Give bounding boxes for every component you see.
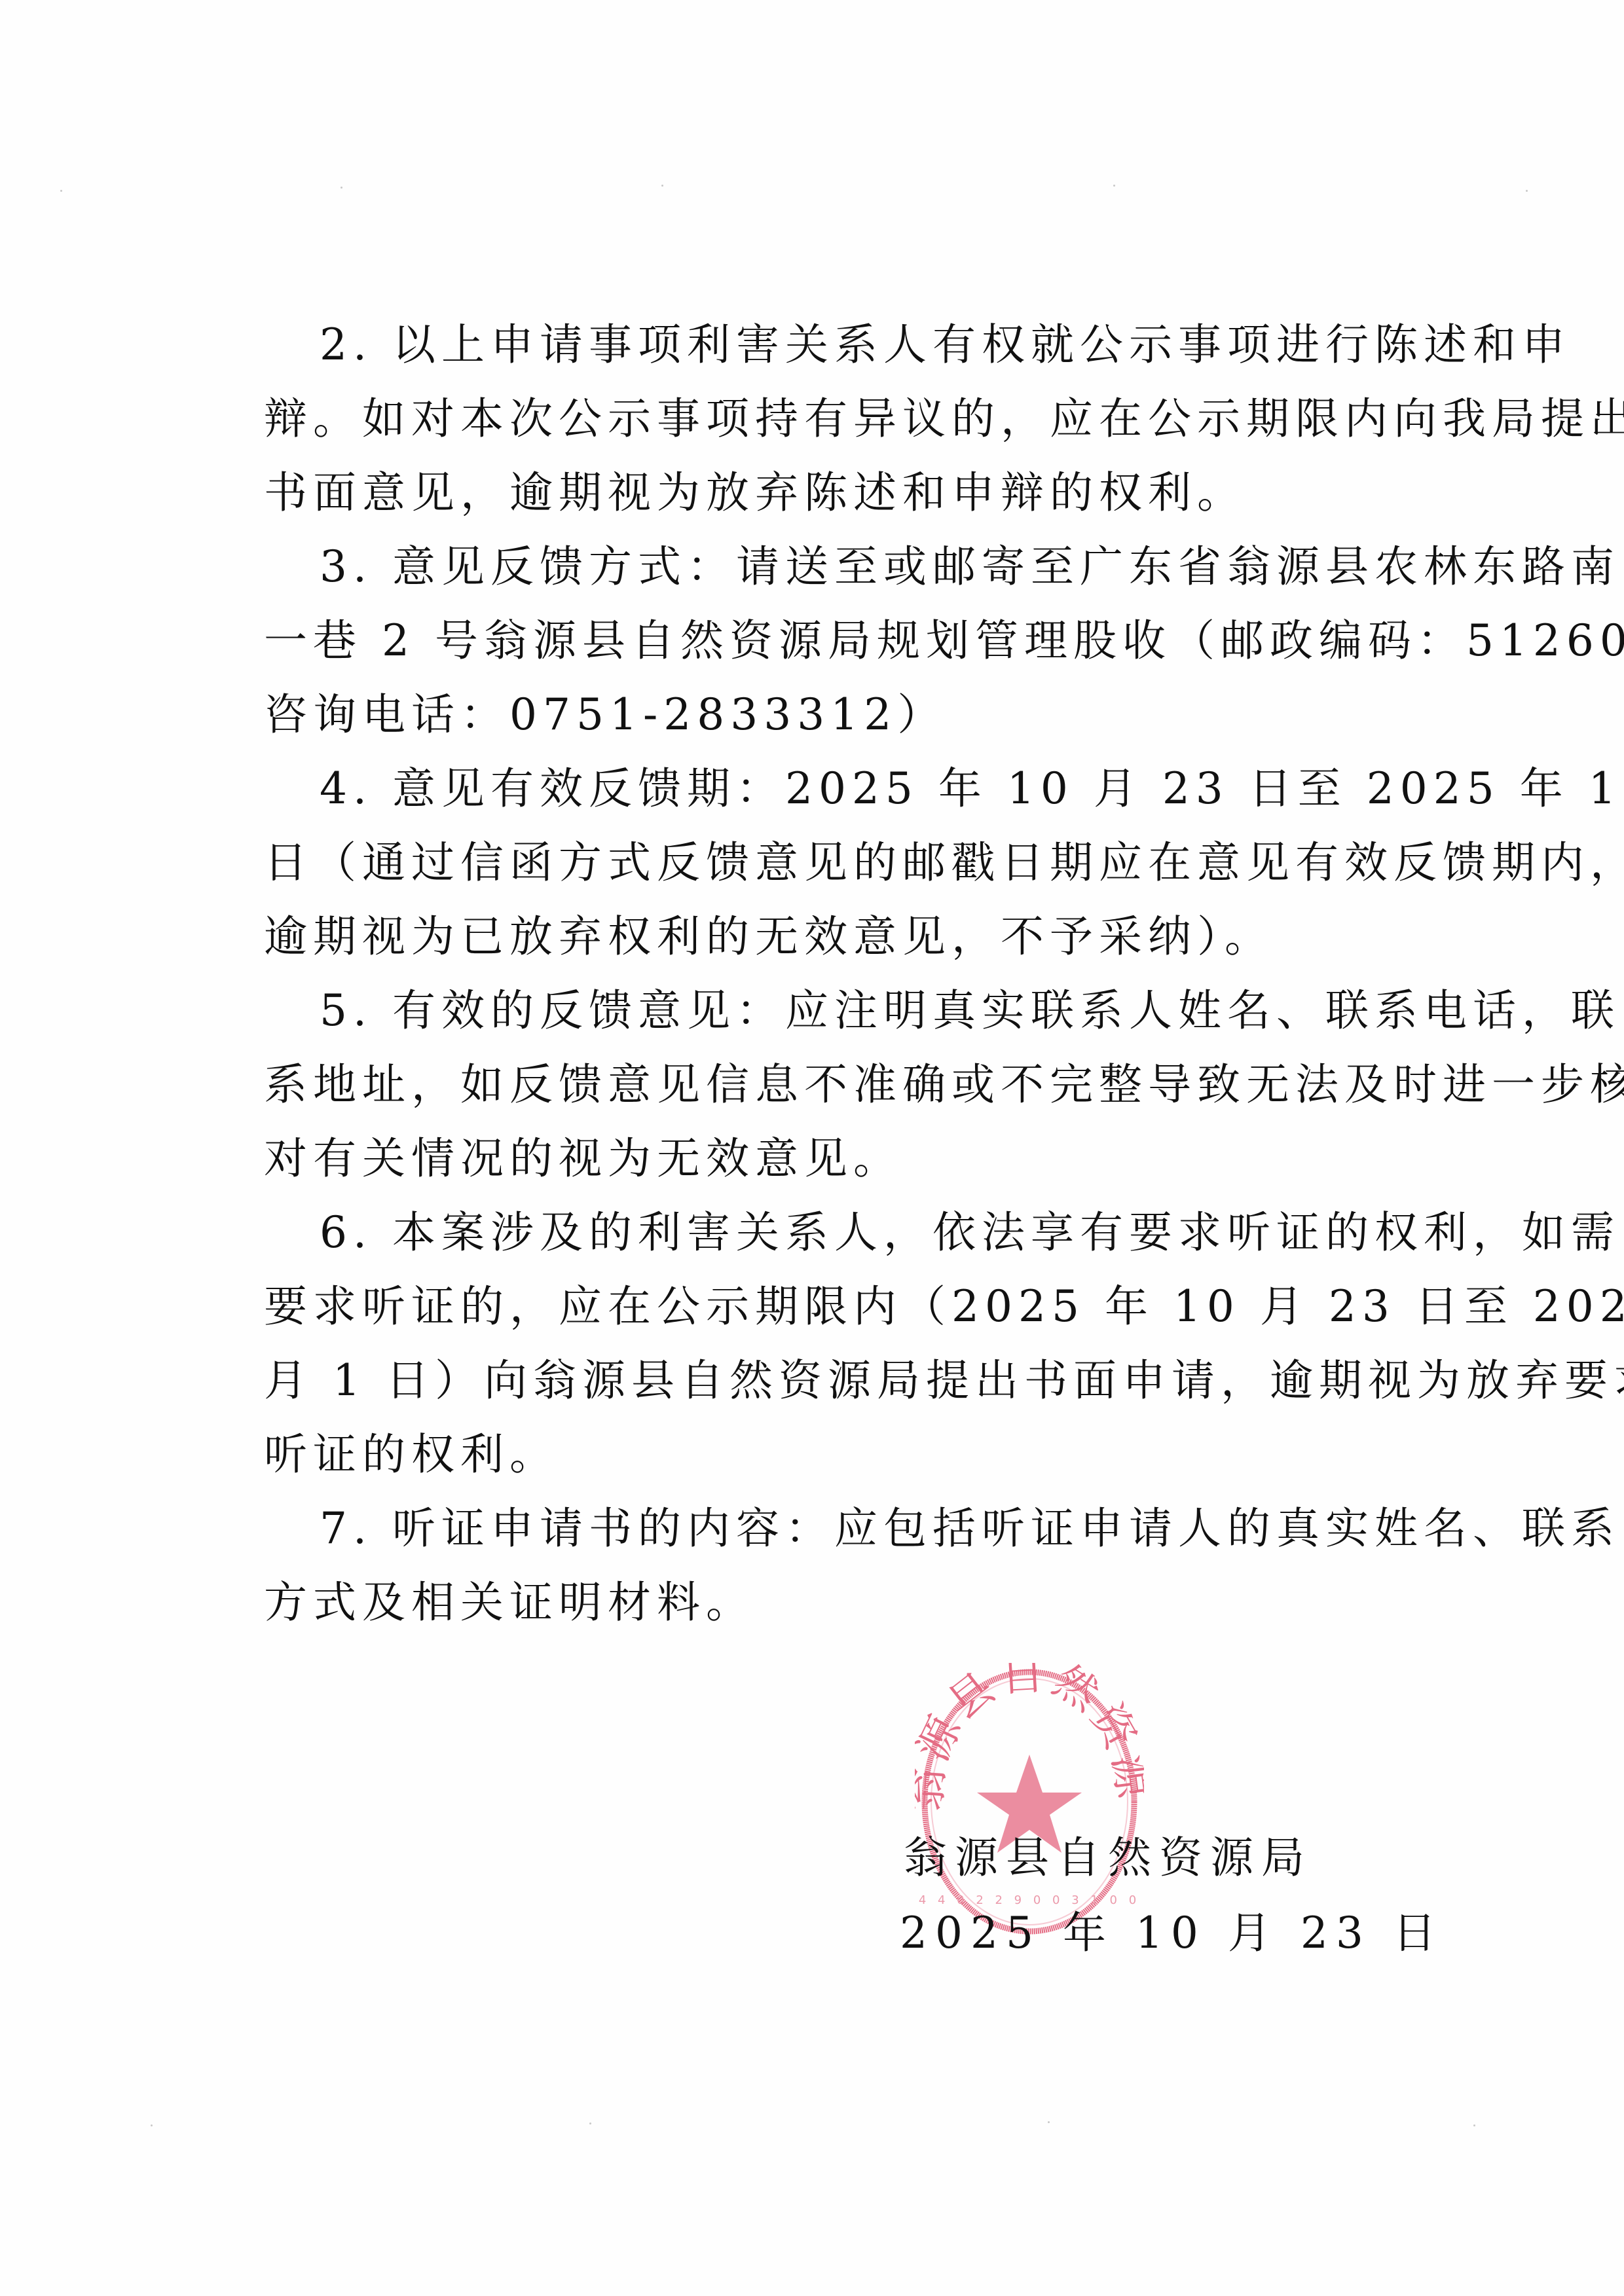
document-page: 2. 以上申请事项利害关系人有权就公示事项进行陈述和申 辩。如对本次公示事项持有… <box>0 0 1624 2296</box>
paragraph-line: 月 1 日）向翁源县自然资源局提出书面申请，逾期视为放弃要求 <box>264 1343 1449 1417</box>
issuer-name: 翁源县自然资源局 <box>904 1820 1310 1895</box>
paragraph-line: 咨询电话：0751-2833312） <box>264 678 1449 752</box>
paragraph-line: 书面意见，逾期视为放弃陈述和申辩的权利。 <box>264 456 1449 530</box>
signature-block: 翁源县自然资源局 2025 年 10 月 23 日 <box>904 1820 1310 1971</box>
issue-date: 2025 年 10 月 23 日 <box>900 1895 1310 1971</box>
paragraph-line: 对有关情况的视为无效意见。 <box>264 1121 1449 1195</box>
paragraph-line: 2. 以上申请事项利害关系人有权就公示事项进行陈述和申 <box>264 308 1449 382</box>
paragraph-line: 7. 听证申请书的内容：应包括听证申请人的真实姓名、联系 <box>264 1491 1449 1565</box>
paragraph-line: 听证的权利。 <box>264 1417 1449 1491</box>
paragraph-6: 6. 本案涉及的利害关系人，依法享有要求听证的权利，如需 要求听证的，应在公示期… <box>264 1195 1449 1491</box>
paragraph-4: 4. 意见有效反馈期：2025 年 10 月 23 日至 2025 年 11 月… <box>264 752 1449 974</box>
paragraph-line: 辩。如对本次公示事项持有异议的，应在公示期限内向我局提出 <box>264 382 1449 456</box>
paragraph-line: 一巷 2 号翁源县自然资源局规划管理股收（邮政编码：512600 ， <box>264 604 1449 678</box>
paragraph-line: 6. 本案涉及的利害关系人，依法享有要求听证的权利，如需 <box>264 1195 1449 1269</box>
scan-artifact <box>60 190 62 192</box>
paragraph-line: 系地址，如反馈意见信息不准确或不完整导致无法及时进一步核 <box>264 1048 1449 1121</box>
scan-artifact <box>1526 190 1528 192</box>
scan-artifact <box>1048 2121 1050 2123</box>
paragraph-3: 3. 意见反馈方式：请送至或邮寄至广东省翁源县农林东路南 一巷 2 号翁源县自然… <box>264 530 1449 752</box>
paragraph-line: 日（通过信函方式反馈意见的邮戳日期应在意见有效反馈期内， <box>264 826 1449 900</box>
scan-artifact <box>151 2124 153 2126</box>
scan-artifact <box>661 185 663 187</box>
paragraph-line: 4. 意见有效反馈期：2025 年 10 月 23 日至 2025 年 11 月… <box>264 752 1449 826</box>
paragraph-line: 5. 有效的反馈意见：应注明真实联系人姓名、联系电话，联 <box>264 974 1449 1048</box>
paragraph-7: 7. 听证申请书的内容：应包括听证申请人的真实姓名、联系 方式及相关证明材料。 <box>264 1491 1449 1639</box>
paragraph-2: 2. 以上申请事项利害关系人有权就公示事项进行陈述和申 辩。如对本次公示事项持有… <box>264 308 1449 530</box>
scan-artifact <box>1473 2124 1475 2126</box>
scan-artifact <box>1113 185 1115 187</box>
scan-artifact <box>341 187 342 189</box>
paragraph-5: 5. 有效的反馈意见：应注明真实联系人姓名、联系电话，联 系地址，如反馈意见信息… <box>264 974 1449 1195</box>
paragraph-line: 逾期视为已放弃权利的无效意见，不予采纳）。 <box>264 900 1449 974</box>
notice-body: 2. 以上申请事项利害关系人有权就公示事项进行陈述和申 辩。如对本次公示事项持有… <box>264 308 1449 1639</box>
scan-artifact <box>589 2123 591 2124</box>
paragraph-line: 要求听证的，应在公示期限内（2025 年 10 月 23 日至 2025 年 1… <box>264 1269 1449 1343</box>
paragraph-line: 3. 意见反馈方式：请送至或邮寄至广东省翁源县农林东路南 <box>264 530 1449 604</box>
paragraph-line: 方式及相关证明材料。 <box>264 1565 1449 1639</box>
